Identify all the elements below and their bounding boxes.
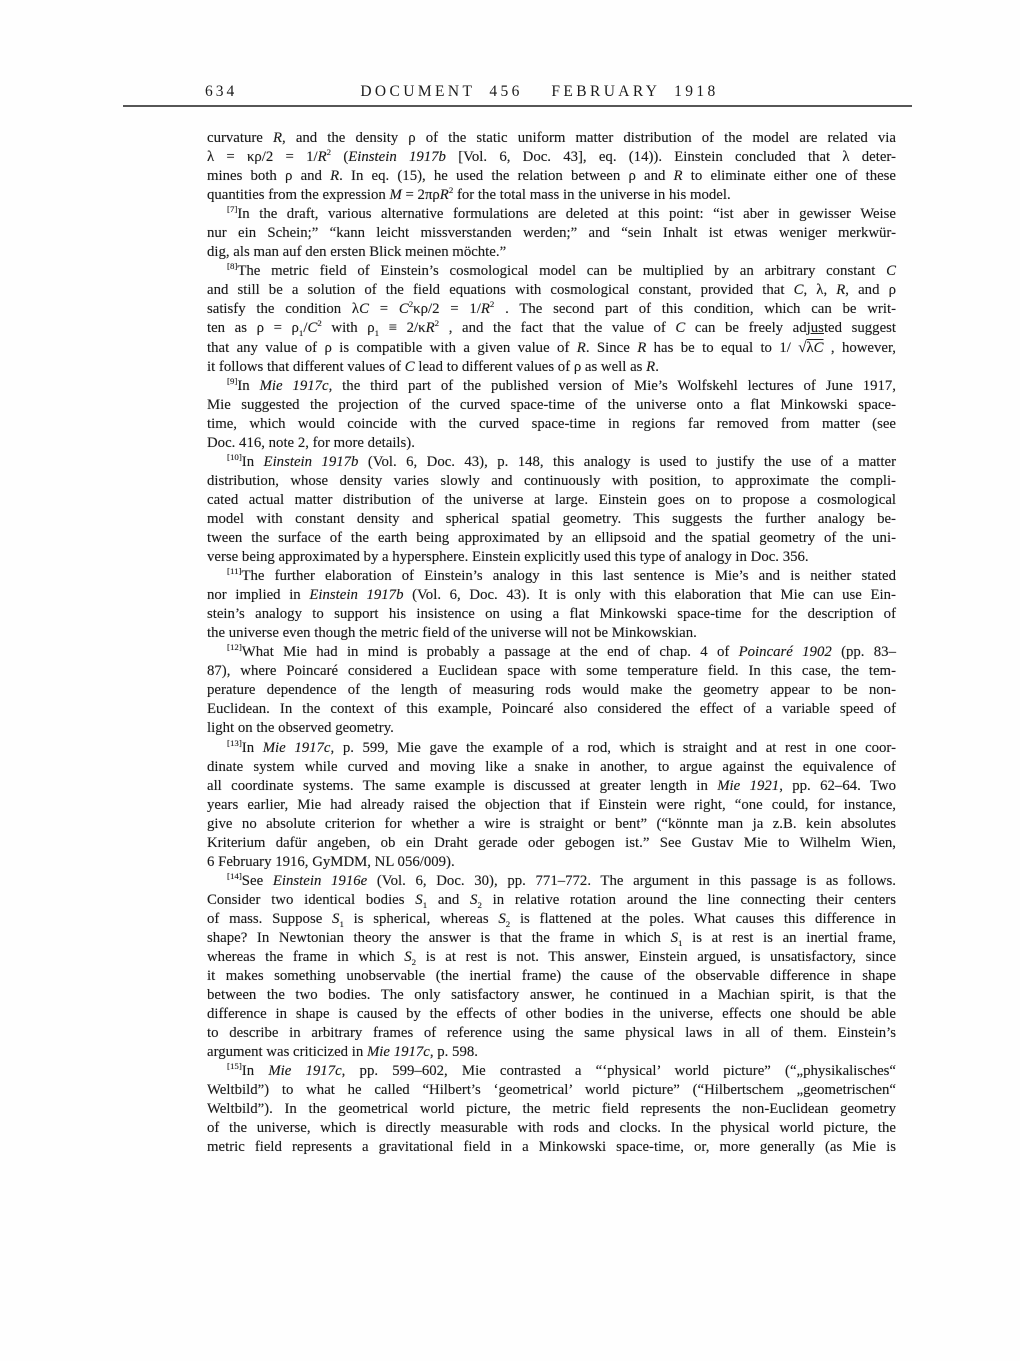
paragraph: [7]In the draft, various alternative for… — [207, 205, 896, 262]
text-line: Euclidean. In the context of this exampl… — [207, 700, 896, 719]
text-segment: nur ein Schein;” “kann leicht missversta… — [207, 225, 896, 241]
text-segment: See — [242, 873, 273, 889]
text-segment: R — [637, 340, 646, 356]
text-segment: The further elaboration of Einstein’s an… — [241, 568, 896, 584]
text-line: that any value of ρ is compatible with a… — [207, 339, 896, 358]
text-segment: C — [307, 320, 317, 336]
text-segment: argument was criticized in — [207, 1044, 367, 1060]
text-segment: Mie 1917c — [268, 1063, 341, 1079]
text-line: nor implied in Einstein 1917b (Vol. 6, D… — [207, 586, 896, 605]
text-segment: Mie suggested the projection of the curv… — [207, 397, 896, 413]
text-segment: Poincaré 1902 — [739, 644, 832, 660]
text-segment: (Vol. 6, Doc. 43). It is only with this … — [403, 587, 896, 603]
text-segment: of mass. Suppose — [207, 911, 332, 927]
text-line: satisfy the condition λC = C2κρ/2 = 1/R2… — [207, 300, 896, 319]
text-segment: for the total mass in the universe in hi… — [453, 187, 730, 203]
text-line: [9]In Mie 1917c, the third part of the p… — [207, 377, 896, 396]
text-segment: Einstein 1917b — [264, 454, 359, 470]
text-line: metric field represents a gravitational … — [207, 1138, 896, 1157]
text-segment: jus — [807, 320, 824, 336]
paragraph: [11]The further elaboration of Einstein’… — [207, 567, 896, 643]
text-segment: time, which would coincide with the curv… — [207, 416, 896, 432]
text-line: 6 February 1916, GyMDM, NL 056/009). — [207, 853, 896, 872]
text-line: verse being approximated by a hyperspher… — [207, 548, 896, 567]
text-segment: , the third part of the published versio… — [329, 378, 896, 394]
text-segment: it makes something unobservable (the ine… — [207, 968, 896, 984]
text-segment: Einstein 1916e — [273, 873, 367, 889]
text-line: to describe in arbitrary frames of refer… — [207, 1024, 896, 1043]
text-line: time, which would coincide with the curv… — [207, 415, 896, 434]
text-line: tween the surface of the earth being app… — [207, 529, 896, 548]
paragraph: [12]What Mie had in mind is probably a p… — [207, 643, 896, 738]
text-segment: , p. 598. — [430, 1044, 478, 1060]
text-segment: to eliminate either one of these — [683, 168, 896, 184]
text-line: light on the observed geometry. — [207, 719, 896, 738]
text-segment: Mie 1917c — [260, 378, 329, 394]
text-line: [15]In Mie 1917c, pp. 599–602, Mie contr… — [207, 1062, 896, 1081]
text-segment: R — [481, 301, 490, 317]
text-segment: difference in shape is caused by the eff… — [207, 1006, 896, 1022]
paragraph: [14]See Einstein 1916e (Vol. 6, Doc. 30)… — [207, 872, 896, 1062]
text-segment: [12] — [227, 642, 242, 652]
text-segment: dinate system while curved and moving li… — [207, 759, 896, 775]
text-segment: , and the fact that the value of — [439, 320, 675, 336]
paragraph: [10]In Einstein 1917b (Vol. 6, Doc. 43),… — [207, 453, 896, 567]
text-segment: lead to different values of ρ as well as — [415, 359, 646, 375]
text-segment: can be freely ad — [685, 320, 806, 336]
text-segment: curvature — [207, 130, 273, 146]
book-page: 634 DOCUMENT 456 FEBRUARY 1918 curvature… — [0, 0, 1020, 1361]
text-segment: is at rest is an inertial frame, — [682, 930, 896, 946]
text-segment: (Vol. 6, Doc. 30), pp. 771–772. The argu… — [367, 873, 896, 889]
text-segment: of the universe, which is directly measu… — [207, 1120, 896, 1136]
text-line: shape? In Newtonian theory the answer is… — [207, 929, 896, 948]
text-segment: [15] — [227, 1061, 242, 1071]
text-segment: [10] — [227, 452, 242, 462]
text-line: whereas the frame in which S2 is at rest… — [207, 948, 896, 967]
text-segment: [8] — [227, 261, 237, 271]
text-line: Kriterium dafür angeben, ob ein Draht ge… — [207, 834, 896, 853]
text-segment: R — [273, 130, 282, 146]
text-segment: 87), where Poincaré considered a Euclide… — [207, 663, 896, 679]
text-segment: κρ/2 = 1/ — [413, 301, 481, 317]
text-segment: Consider two identical bodies — [207, 892, 415, 908]
text-line: it makes something unobservable (the ine… — [207, 967, 896, 986]
text-segment: is at rest is not. This answer, Einstein… — [416, 949, 896, 965]
text-segment: in relative rotation around the line con… — [482, 892, 896, 908]
text-segment: has be to equal to 1/ √ — [646, 340, 806, 356]
text-segment: [9] — [227, 376, 237, 386]
text-segment: = 2πρ — [402, 187, 440, 203]
text-segment: ≡ 2/κ — [379, 320, 426, 336]
text-segment: λ = κρ/2 = 1/ — [207, 149, 318, 165]
text-line: Mie suggested the projection of the curv… — [207, 396, 896, 415]
text-line: it follows that different values of C le… — [207, 358, 896, 377]
text-line: the universe even though the metric fiel… — [207, 624, 896, 643]
text-segment: verse being approximated by a hyperspher… — [207, 549, 809, 565]
text-segment: Doc. 416, note 2, for more details). — [207, 435, 415, 451]
text-segment: C — [405, 359, 415, 375]
text-segment: . — [655, 359, 659, 375]
text-segment: Euclidean. In the context of this exampl… — [207, 701, 896, 717]
text-line: [14]See Einstein 1916e (Vol. 6, Doc. 30)… — [207, 872, 896, 891]
text-segment: years earlier, Mie had already raised th… — [207, 797, 896, 813]
text-segment: all coordinate systems. The same example… — [207, 778, 717, 794]
text-segment: , pp. 62–64. Two — [779, 778, 896, 794]
text-segment: ten as ρ = ρ — [207, 320, 299, 336]
text-segment: [Vol. 6, Doc. 43], eq. (14)). Einstein c… — [446, 149, 896, 165]
text-line: Weltbild”) to what he called “Hilbert’s … — [207, 1081, 896, 1100]
text-segment: R — [836, 282, 845, 298]
text-segment: [7] — [227, 204, 237, 214]
text-line: and still be a solution of the field equ… — [207, 281, 896, 300]
text-segment: In — [242, 1063, 269, 1079]
text-segment: R — [440, 187, 449, 203]
paragraph: curvature R, and the density ρ of the st… — [207, 129, 896, 205]
text-line: all coordinate systems. The same example… — [207, 777, 896, 796]
paragraph: [13]In Mie 1917c, p. 599, Mie gave the e… — [207, 739, 896, 872]
text-segment: between the two bodies. The only satisfa… — [207, 987, 896, 1003]
text-line: perature dependence of the length of mea… — [207, 681, 896, 700]
text-segment: C — [886, 263, 896, 279]
text-segment: stein’s analogy to support his insistenc… — [207, 606, 896, 622]
text-line: of mass. Suppose S1 is spherical, wherea… — [207, 910, 896, 929]
text-segment: λ — [806, 340, 813, 356]
text-segment: , and ρ — [845, 282, 896, 298]
text-segment: C — [794, 282, 804, 298]
text-segment: , pp. 599–602, Mie contrasted a “‘physic… — [342, 1063, 896, 1079]
text-line: λ = κρ/2 = 1/R2 (Einstein 1917b [Vol. 6,… — [207, 148, 896, 167]
text-segment: satisfy the condition λ — [207, 301, 359, 317]
text-line: Consider two identical bodies S1 and S2 … — [207, 891, 896, 910]
text-line: [7]In the draft, various alternative for… — [207, 205, 896, 224]
text-line: [10]In Einstein 1917b (Vol. 6, Doc. 43),… — [207, 453, 896, 472]
text-line: stein’s analogy to support his insistenc… — [207, 605, 896, 624]
text-segment: Kriterium dafür angeben, ob ein Draht ge… — [207, 835, 896, 851]
text-segment: R — [674, 168, 683, 184]
text-segment: . In eq. (15), he used the relation betw… — [339, 168, 673, 184]
text-segment: and still be a solution of the field equ… — [207, 282, 794, 298]
text-segment: R — [646, 359, 655, 375]
text-line: dig, als man auf den ersten Blick meinen… — [207, 243, 896, 262]
text-segment: What Mie had in mind is probably a passa… — [242, 644, 739, 660]
text-line: Doc. 416, note 2, for more details). — [207, 434, 896, 453]
text-line: Weltbild”). In the geometrical world pic… — [207, 1100, 896, 1119]
text-segment: metric field represents a gravitational … — [207, 1139, 896, 1155]
text-line: [11]The further elaboration of Einstein’… — [207, 567, 896, 586]
text-segment: quantities from the expression — [207, 187, 389, 203]
paragraph: [15]In Mie 1917c, pp. 599–602, Mie contr… — [207, 1062, 896, 1157]
text-line: dinate system while curved and moving li… — [207, 758, 896, 777]
text-line: [8]The metric field of Einstein’s cosmol… — [207, 262, 896, 281]
text-line: [13]In Mie 1917c, p. 599, Mie gave the e… — [207, 739, 896, 758]
text-segment: R — [318, 149, 327, 165]
text-segment: S — [671, 930, 678, 946]
text-line: give no absolute criterion for whether a… — [207, 815, 896, 834]
text-segment: The metric field of Einstein’s cosmologi… — [237, 263, 886, 279]
text-segment: whereas the frame in which — [207, 949, 404, 965]
text-line: difference in shape is caused by the eff… — [207, 1005, 896, 1024]
text-segment: give no absolute criterion for whether a… — [207, 816, 896, 832]
text-segment: In — [242, 740, 263, 756]
text-line: argument was criticized in Mie 1917c, p.… — [207, 1043, 896, 1062]
text-segment: the universe even though the metric fiel… — [207, 625, 697, 641]
text-line: mines both ρ and R. In eq. (15), he used… — [207, 167, 896, 186]
text-line: of the universe, which is directly measu… — [207, 1119, 896, 1138]
text-segment: Mie 1921 — [717, 778, 779, 794]
text-line: curvature R, and the density ρ of the st… — [207, 129, 896, 148]
text-segment: R — [330, 168, 339, 184]
text-segment: ted suggest — [824, 320, 896, 336]
text-segment: S — [415, 892, 422, 908]
text-segment: is spherical, whereas — [344, 911, 498, 927]
text-segment: C — [399, 301, 409, 317]
text-segment: [13] — [227, 738, 242, 748]
text-segment: 6 February 1916, GyMDM, NL 056/009). — [207, 854, 455, 870]
text-segment: (Vol. 6, Doc. 43), p. 148, this analogy … — [358, 454, 896, 470]
text-segment: Einstein 1917b — [309, 587, 403, 603]
text-segment: ( — [331, 149, 348, 165]
text-segment: In — [237, 378, 259, 394]
text-segment: to describe in arbitrary frames of refer… — [207, 1025, 896, 1041]
text-segment: C — [814, 340, 824, 356]
text-segment: with ρ — [322, 320, 375, 336]
text-line: years earlier, Mie had already raised th… — [207, 796, 896, 815]
text-segment: S — [404, 949, 411, 965]
text-segment: In the draft, various alternative formul… — [237, 206, 896, 222]
text-segment: tween the surface of the earth being app… — [207, 530, 896, 546]
text-segment: distribution, whose density varies slowl… — [207, 473, 896, 489]
text-segment: M — [389, 187, 401, 203]
text-segment: and — [427, 892, 470, 908]
text-line: ten as ρ = ρ1/C2 with ρ1 ≡ 2/κR2 , and t… — [207, 319, 896, 338]
text-segment: perature dependence of the length of mea… — [207, 682, 896, 698]
paragraph: [9]In Mie 1917c, the third part of the p… — [207, 377, 896, 453]
text-segment: Mie 1917c — [367, 1044, 430, 1060]
text-segment: it follows that different values of — [207, 359, 405, 375]
text-segment: shape? In Newtonian theory the answer is… — [207, 930, 671, 946]
text-line: [12]What Mie had in mind is probably a p… — [207, 643, 896, 662]
text-segment: dig, als man auf den ersten Blick meinen… — [207, 244, 506, 260]
text-line: distribution, whose density varies slowl… — [207, 472, 896, 491]
text-segment: cated actual matter distribution of the … — [207, 492, 896, 508]
text-segment: C — [359, 301, 369, 317]
text-segment: model with constant density and spherica… — [207, 511, 896, 527]
text-line: cated actual matter distribution of the … — [207, 491, 896, 510]
text-segment: nor implied in — [207, 587, 309, 603]
text-segment: is flattened at the poles. What causes t… — [510, 911, 896, 927]
text-segment: Mie 1917c — [263, 740, 331, 756]
text-line: between the two bodies. The only satisfa… — [207, 986, 896, 1005]
text-segment: Weltbild”) to what he called “Hilbert’s … — [207, 1082, 896, 1098]
text-line: model with constant density and spherica… — [207, 510, 896, 529]
annotation-text: curvature R, and the density ρ of the st… — [207, 129, 896, 1158]
text-segment: , p. 599, Mie gave the example of a rod,… — [331, 740, 896, 756]
text-segment: light on the observed geometry. — [207, 720, 394, 736]
paragraph: [8]The metric field of Einstein’s cosmol… — [207, 262, 896, 376]
text-line: 87), where Poincaré considered a Euclide… — [207, 662, 896, 681]
text-segment: . The second part of this condition, whi… — [494, 301, 896, 317]
text-line: quantities from the expression M = 2πρR2… — [207, 186, 896, 205]
text-line: nur ein Schein;” “kann leicht missversta… — [207, 224, 896, 243]
text-segment: [14] — [227, 871, 242, 881]
text-segment: Weltbild”). In the geometrical world pic… — [207, 1101, 896, 1117]
text-segment: C — [675, 320, 685, 336]
text-segment: , however, — [823, 340, 896, 356]
text-segment: , and the density ρ of the static unifor… — [282, 130, 896, 146]
text-segment: that any value of ρ is compatible with a… — [207, 340, 577, 356]
text-segment: (pp. 83– — [832, 644, 896, 660]
running-head: DOCUMENT 456 FEBRUARY 1918 — [195, 83, 884, 101]
header-rule — [123, 105, 912, 107]
text-segment: mines both ρ and — [207, 168, 330, 184]
text-segment: Einstein 1917b — [348, 149, 446, 165]
text-segment: [11] — [227, 566, 241, 576]
text-segment: R — [577, 340, 586, 356]
text-segment: = — [369, 301, 399, 317]
text-segment: R — [426, 320, 435, 336]
text-segment: , λ, — [803, 282, 836, 298]
text-segment: . Since — [586, 340, 637, 356]
text-segment: In — [242, 454, 264, 470]
text-segment: S — [498, 911, 505, 927]
